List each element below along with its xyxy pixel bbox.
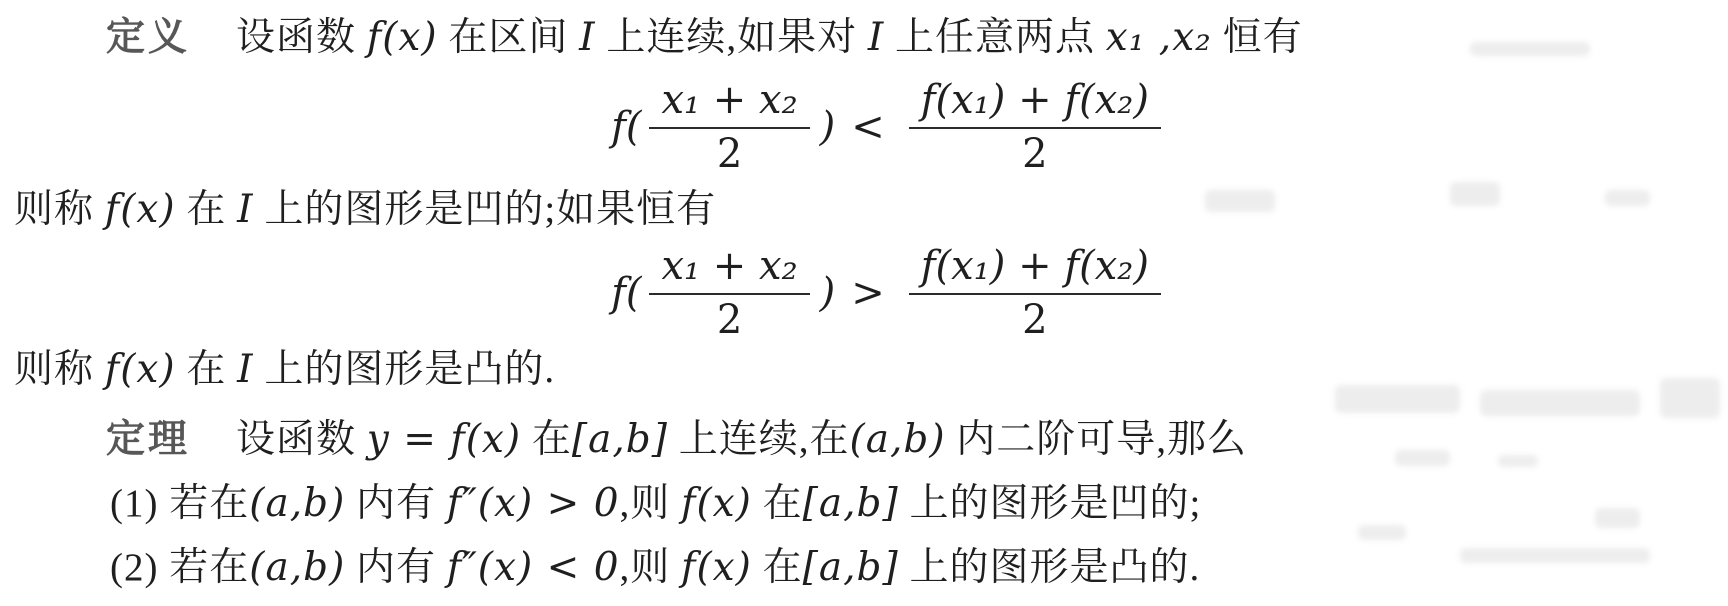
less-than-sign: < bbox=[851, 104, 885, 150]
text-segment: 上连续,在 bbox=[668, 418, 850, 461]
convex-inequality-content: f( x₁ + x₂ 2 ) > f(x₁) + f(x₂) 2 bbox=[611, 244, 1169, 342]
print-bleedthrough-smudge bbox=[1335, 385, 1460, 413]
text-segment: 内二阶可导,那么 bbox=[946, 418, 1248, 461]
text-segment: f(x) bbox=[105, 347, 176, 392]
formula-prefix: f( bbox=[611, 270, 641, 316]
formula-close-paren: ) bbox=[820, 270, 836, 316]
text-segment: (2) 若在 bbox=[110, 546, 249, 589]
text-segment: 内有 bbox=[345, 546, 447, 589]
text-segment: + bbox=[1005, 243, 1064, 289]
theorem-item-2-text: (2) 若在(a,b) 内有 f″(x) < 0,则 f(x) 在[a,b] 上… bbox=[110, 546, 1200, 589]
text-segment: f(x₁) bbox=[921, 77, 1006, 123]
text-segment: x₁ ,x₂ bbox=[1106, 15, 1212, 60]
text-segment: [a,b] bbox=[803, 545, 899, 590]
print-bleedthrough-smudge bbox=[1480, 390, 1640, 416]
text-segment: x₁ bbox=[661, 77, 700, 123]
print-bleedthrough-smudge bbox=[1460, 548, 1650, 563]
textbook-page: 定义设函数 f(x) 在区间 I 上连续,如果对 I 上任意两点 x₁ ,x₂ … bbox=[0, 0, 1728, 606]
theorem-intro-text: 设函数 y = f(x) 在[a,b] 上连续,在(a,b) 内二阶可导,那么 bbox=[236, 418, 1247, 461]
convex-inequality-formula: f( x₁ + x₂ 2 ) > f(x₁) + f(x₂) 2 bbox=[0, 246, 1728, 340]
print-bleedthrough-smudge bbox=[1470, 42, 1590, 56]
theorem-intro-line: 定理设函数 y = f(x) 在[a,b] 上连续,在(a,b) 内二阶可导,那… bbox=[106, 414, 1247, 466]
text-segment: I bbox=[579, 15, 595, 60]
fraction-denominator: 2 bbox=[717, 129, 742, 176]
text-segment: + bbox=[700, 77, 759, 123]
theorem-label: 定理 bbox=[106, 414, 190, 466]
fraction: f(x₁) + f(x₂) 2 bbox=[909, 244, 1161, 342]
text-segment: 设函数 bbox=[236, 418, 367, 461]
theorem-item-1-line: (1) 若在(a,b) 内有 f″(x) > 0,则 f(x) 在[a,b] 上… bbox=[110, 478, 1201, 530]
text-segment: I bbox=[237, 347, 253, 392]
text-segment: 在 bbox=[176, 348, 238, 391]
text-segment: 上的图形是凸的. bbox=[254, 348, 556, 391]
text-segment: (1) 若在 bbox=[110, 482, 249, 525]
fraction-denominator: 2 bbox=[1022, 295, 1047, 342]
fraction-numerator: x₁ + x₂ bbox=[649, 244, 809, 295]
text-segment: y = f(x) bbox=[367, 417, 521, 462]
concave-inequality-formula: f( x₁ + x₂ 2 ) < f(x₁) + f(x₂) 2 bbox=[0, 80, 1728, 174]
convex-conclusion-line: 则称 f(x) 在 I 上的图形是凸的. bbox=[14, 344, 555, 396]
text-segment: f(x) bbox=[105, 187, 176, 232]
text-segment: f(x) bbox=[367, 15, 438, 60]
fraction-numerator: f(x₁) + f(x₂) bbox=[909, 78, 1161, 129]
text-segment: I bbox=[237, 187, 253, 232]
text-segment: x₂ bbox=[759, 243, 798, 289]
text-segment: 上的图形是凹的; bbox=[899, 482, 1202, 525]
definition-label: 定义 bbox=[106, 12, 190, 64]
text-segment: + bbox=[700, 243, 759, 289]
fraction: x₁ + x₂ 2 bbox=[649, 78, 809, 176]
text-segment: 恒有 bbox=[1212, 16, 1303, 59]
concave-conclusion-text: 则称 f(x) 在 I 上的图形是凹的;如果恒有 bbox=[14, 188, 716, 231]
text-segment: 上的图形是凸的. bbox=[899, 546, 1201, 589]
definition-intro-line: 定义设函数 f(x) 在区间 I 上连续,如果对 I 上任意两点 x₁ ,x₂ … bbox=[106, 12, 1303, 64]
definition-intro-text: 设函数 f(x) 在区间 I 上连续,如果对 I 上任意两点 x₁ ,x₂ 恒有 bbox=[236, 16, 1303, 59]
formula-close-paren: ) bbox=[820, 104, 836, 150]
concave-inequality-content: f( x₁ + x₂ 2 ) < f(x₁) + f(x₂) 2 bbox=[611, 78, 1169, 176]
text-segment: x₂ bbox=[759, 77, 798, 123]
greater-than-sign: > bbox=[851, 270, 885, 316]
text-segment: f(x₁) bbox=[921, 243, 1006, 289]
text-segment: [a,b] bbox=[803, 481, 899, 526]
print-bleedthrough-smudge bbox=[1395, 450, 1450, 466]
theorem-item-2-line: (2) 若在(a,b) 内有 f″(x) < 0,则 f(x) 在[a,b] 上… bbox=[110, 542, 1200, 594]
text-segment: ,则 bbox=[620, 546, 682, 589]
text-segment: 内有 bbox=[345, 482, 447, 525]
text-segment: f(x) bbox=[681, 545, 752, 590]
text-segment: 在 bbox=[752, 546, 803, 589]
text-segment: f(x₂) bbox=[1064, 77, 1149, 123]
text-segment: 在 bbox=[752, 482, 803, 525]
fraction-denominator: 2 bbox=[1022, 129, 1047, 176]
text-segment: f″(x) < 0 bbox=[447, 545, 620, 590]
text-segment: 在 bbox=[176, 188, 238, 231]
convex-conclusion-text: 则称 f(x) 在 I 上的图形是凸的. bbox=[14, 348, 555, 391]
fraction-denominator: 2 bbox=[717, 295, 742, 342]
text-segment: ,则 bbox=[620, 482, 682, 525]
print-bleedthrough-smudge bbox=[1660, 378, 1720, 418]
text-segment: I bbox=[868, 15, 884, 60]
text-segment: 上任意两点 bbox=[884, 16, 1106, 59]
text-segment: 则称 bbox=[14, 348, 105, 391]
fraction-numerator: x₁ + x₂ bbox=[649, 78, 809, 129]
text-segment: (a,b) bbox=[849, 417, 945, 462]
text-segment: [a,b] bbox=[572, 417, 668, 462]
text-segment: 在区间 bbox=[438, 16, 580, 59]
concave-conclusion-line: 则称 f(x) 在 I 上的图形是凹的;如果恒有 bbox=[14, 184, 716, 236]
print-bleedthrough-smudge bbox=[1595, 508, 1640, 528]
print-bleedthrough-smudge bbox=[1450, 182, 1500, 206]
text-segment: (a,b) bbox=[249, 545, 345, 590]
theorem-item-1-text: (1) 若在(a,b) 内有 f″(x) > 0,则 f(x) 在[a,b] 上… bbox=[110, 482, 1201, 525]
print-bleedthrough-smudge bbox=[1605, 190, 1650, 206]
text-segment: f(x₂) bbox=[1064, 243, 1149, 289]
text-segment: 设函数 bbox=[236, 16, 367, 59]
text-segment: 在 bbox=[521, 418, 572, 461]
print-bleedthrough-smudge bbox=[1498, 455, 1538, 467]
text-segment: x₁ bbox=[661, 243, 700, 289]
text-segment: 则称 bbox=[14, 188, 105, 231]
text-segment: f″(x) > 0 bbox=[447, 481, 620, 526]
fraction-numerator: f(x₁) + f(x₂) bbox=[909, 244, 1161, 295]
formula-prefix: f( bbox=[611, 104, 641, 150]
text-segment: 上的图形是凹的;如果恒有 bbox=[254, 188, 717, 231]
fraction: f(x₁) + f(x₂) 2 bbox=[909, 78, 1161, 176]
print-bleedthrough-smudge bbox=[1358, 525, 1406, 540]
text-segment: 上连续,如果对 bbox=[596, 16, 868, 59]
fraction: x₁ + x₂ 2 bbox=[649, 244, 809, 342]
text-segment: + bbox=[1005, 77, 1064, 123]
text-segment: f(x) bbox=[681, 481, 752, 526]
text-segment: (a,b) bbox=[249, 481, 345, 526]
print-bleedthrough-smudge bbox=[1205, 190, 1275, 212]
